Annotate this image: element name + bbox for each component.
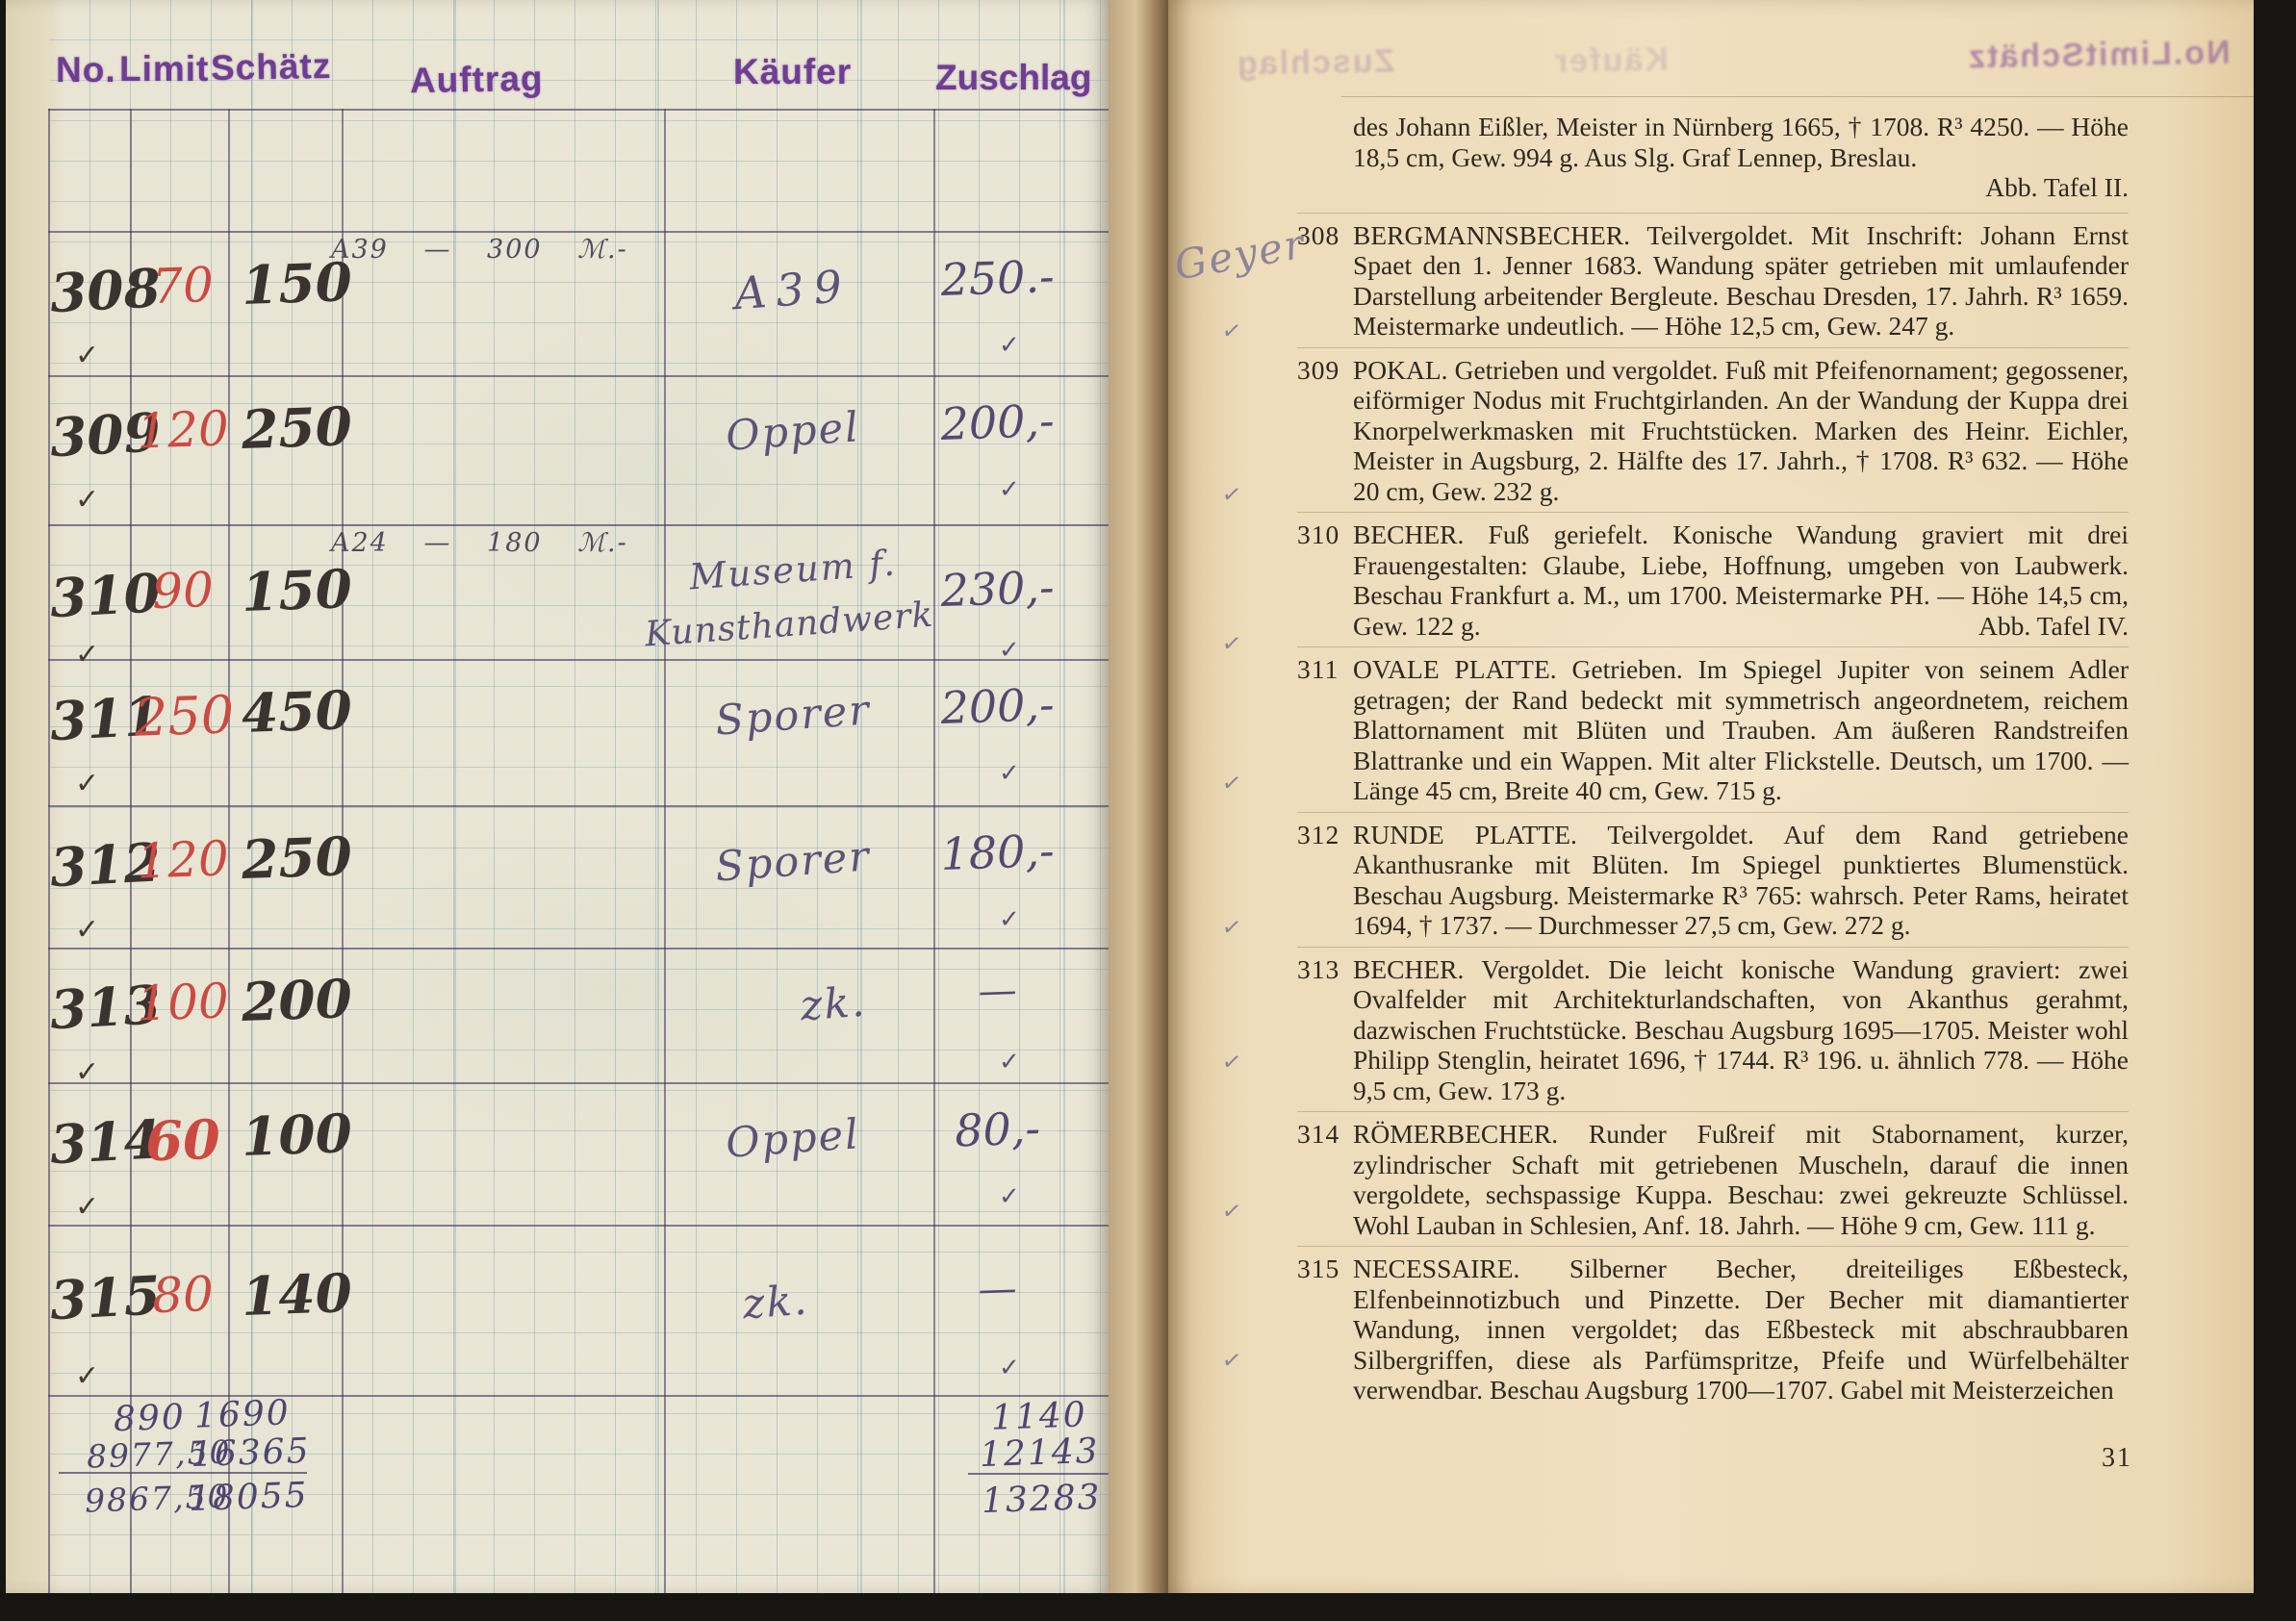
entry-number: 312 xyxy=(1297,820,1353,941)
totals-schaetz-2: 16365 xyxy=(190,1431,311,1475)
buyer-name: zk. xyxy=(735,974,931,1035)
catalog-entry: 310 BECHER. Fuß geriefelt. Konische Wand… xyxy=(1297,512,2129,641)
margin-note-buyer: Geyer xyxy=(1171,219,1310,289)
limit-value: 100 xyxy=(134,973,232,1031)
catalog-entry: 313 BECHER. Vergoldet. Die leicht konisc… xyxy=(1297,947,2129,1106)
ledger-row: 309 ✓ 120 250 Oppel 200,- ✓ xyxy=(6,375,1109,524)
margin-tick: ✓ xyxy=(1220,1048,1243,1078)
estimate-value: 150 xyxy=(236,250,358,317)
row-number: 314 xyxy=(48,1109,136,1177)
entry-number: 308 xyxy=(1297,220,1353,342)
hammer-price: 200,- xyxy=(927,393,1068,450)
check-mark: ✓ xyxy=(75,1190,99,1224)
totals-schaetz-3: 18055 xyxy=(188,1476,309,1519)
crease-line xyxy=(1341,96,2254,97)
hammer-price: 180,- xyxy=(927,823,1068,880)
buyer-name: Oppel xyxy=(655,1105,931,1173)
column-header-limit: Limit xyxy=(119,49,209,89)
entry-number: 315 xyxy=(1297,1254,1353,1406)
entry-number: 311 xyxy=(1297,654,1353,806)
totals-schaetz-1: 1690 xyxy=(193,1393,291,1435)
buyer-name: Museum f. xyxy=(655,540,931,600)
catalog-text-column: des Johann Eißler, Meister in Nürnberg 1… xyxy=(1297,112,2129,1406)
check-mark: ✓ xyxy=(75,767,99,800)
estimate-value: 250 xyxy=(236,394,358,461)
hammer-price: 250.- xyxy=(927,249,1068,306)
ghost-stamp: Käufer xyxy=(1553,41,1669,81)
buyer-name: Oppel xyxy=(655,398,931,466)
row-number: 313 xyxy=(48,975,136,1042)
check-mark: ✓ xyxy=(75,913,99,947)
limit-value: 120 xyxy=(134,400,232,459)
limit-value: 80 xyxy=(134,1265,232,1324)
entry-body: BECHER. Fuß geriefelt. Konische Wandung … xyxy=(1353,519,2129,641)
row-number: 312 xyxy=(48,832,136,899)
catalog-entry: 309 POKAL. Getrieben und vergoldet. Fuß … xyxy=(1297,347,2129,507)
totals-zuschlag-3: 13283 xyxy=(981,1478,1102,1521)
margin-tick: ✓ xyxy=(1220,480,1243,511)
margin-tick: ✓ xyxy=(1220,1197,1243,1228)
ledger-page: No. Limit Schätz Auftrag Käufer Zuschlag… xyxy=(6,0,1109,1593)
estimate-value: 200 xyxy=(236,967,358,1033)
check-mark: ✓ xyxy=(75,1359,99,1393)
totals-limit-1: 890 xyxy=(113,1398,186,1440)
ledger-row: A39 — 300 ℳ.- 308 ✓ 70 150 A39 250.- ✓ xyxy=(6,231,1109,375)
column-header-zuschlag: Zuschlag xyxy=(935,58,1091,98)
ledger-row: 313 ✓ 100 200 zk. — ✓ xyxy=(6,948,1109,1082)
ledger-row: 315 ✓ 80 140 zk. — ✓ xyxy=(6,1225,1109,1395)
estimate-value: 140 xyxy=(236,1261,358,1328)
column-header-auftrag: Auftrag xyxy=(410,59,544,101)
ledger-row: 314 ✓ 60 100 Oppel 80,- ✓ xyxy=(6,1082,1109,1225)
plate-reference: Abb. Tafel IV. xyxy=(1978,611,2129,642)
catalog-page: No.LimitSchätz Käufer Zuschlag Geyer ✓ ✓… xyxy=(1168,0,2254,1593)
check-mark: ✓ xyxy=(999,759,1020,788)
hammer-price: 200,- xyxy=(927,677,1068,734)
estimate-value: 150 xyxy=(236,557,358,623)
estimate-value: 450 xyxy=(236,678,358,745)
margin-tick: ✓ xyxy=(1220,1346,1243,1377)
catalog-entry: 311 OVALE PLATTE. Getrieben. Im Spiegel … xyxy=(1297,646,2129,806)
entry-text: BECHER. Vergoldet. Die leicht konische W… xyxy=(1353,954,2129,1106)
book-gutter xyxy=(1109,0,1168,1593)
estimate-value: 250 xyxy=(236,824,358,891)
row-number: 315 xyxy=(48,1265,136,1332)
totals-zuschlag-2: 12143 xyxy=(979,1431,1100,1475)
ledger-row: A24 — 180 ℳ.- 310 ✓ 90 150 Museum f. Kun… xyxy=(6,524,1109,659)
row-number: 310 xyxy=(48,563,136,630)
sum-underline xyxy=(968,1473,1109,1475)
entry-text: RÖMERBECHER. Runder Fußreif mit Staborna… xyxy=(1353,1119,2129,1240)
ledger-row: 312 ✓ 120 250 Sporer 180,- ✓ xyxy=(6,805,1109,948)
entry-text: RUNDE PLATTE. Teilvergoldet. Auf dem Ran… xyxy=(1353,820,2129,941)
row-number: 311 xyxy=(48,686,136,753)
column-header-kaeufer: Käufer xyxy=(733,52,852,92)
buyer-name: A39 xyxy=(654,254,931,325)
margin-tick: ✓ xyxy=(1220,769,1243,799)
entry-text: BERGMANNSBECHER. Teilvergoldet. Mit Insc… xyxy=(1353,220,2129,342)
catalog-entry: 312 RUNDE PLATTE. Teilvergoldet. Auf dem… xyxy=(1297,812,2129,941)
hammer-price: — xyxy=(927,966,1068,1015)
entry-number: 309 xyxy=(1297,355,1353,507)
limit-value: 120 xyxy=(134,830,232,889)
check-mark: ✓ xyxy=(999,905,1020,934)
buyer-name: zk. xyxy=(677,1272,873,1333)
entry-number: 314 xyxy=(1297,1119,1353,1240)
ghost-stamp: No.LimitSchätz xyxy=(1967,35,2231,77)
entry-text: des Johann Eißler, Meister in Nürnberg 1… xyxy=(1353,112,2129,172)
check-mark: ✓ xyxy=(75,339,99,372)
catalog-entry: 308 BERGMANNSBECHER. Teilvergoldet. Mit … xyxy=(1297,213,2129,342)
hammer-price: — xyxy=(927,1264,1068,1313)
margin-tick: ✓ xyxy=(1220,629,1243,660)
hammer-price: 80,- xyxy=(927,1101,1068,1157)
margin-tick: ✓ xyxy=(1220,913,1243,944)
check-mark: ✓ xyxy=(999,331,1020,360)
check-mark: ✓ xyxy=(75,483,99,517)
entry-text: OVALE PLATTE. Getrieben. Im Spiegel Jupi… xyxy=(1353,654,2129,806)
order-annotation: A24 — 180 ℳ.- xyxy=(331,528,628,558)
row-number: 308 xyxy=(48,258,136,325)
column-header-schaetz: Schätz xyxy=(211,46,332,89)
estimate-value: 100 xyxy=(236,1102,358,1168)
entry-text: NECESSAIRE. Silberner Becher, dreiteilig… xyxy=(1353,1254,2129,1406)
buyer-name: Sporer xyxy=(655,682,931,749)
limit-value: 250 xyxy=(134,684,232,747)
buyer-name: Sporer xyxy=(655,828,931,896)
catalog-entry-continuation: des Johann Eißler, Meister in Nürnberg 1… xyxy=(1353,112,2129,207)
entry-number: 313 xyxy=(1297,954,1353,1106)
buyer-name-line2: Kunsthandwerk xyxy=(644,595,934,655)
ghost-stamp: Zuschlag xyxy=(1236,43,1395,84)
page-number: 31 xyxy=(2102,1443,2132,1474)
check-mark: ✓ xyxy=(999,1182,1020,1211)
plate-reference: Abb. Tafel II. xyxy=(1353,172,2129,203)
limit-value: 60 xyxy=(134,1107,232,1174)
book-photo: No. Limit Schätz Auftrag Käufer Zuschlag… xyxy=(0,0,2296,1621)
sum-underline xyxy=(59,1472,307,1474)
row-divider xyxy=(48,109,1109,111)
order-annotation: A39 — 300 ℳ.- xyxy=(331,235,628,265)
limit-value: 90 xyxy=(134,561,232,620)
entry-text: POKAL. Getrieben und vergoldet. Fuß mit … xyxy=(1353,355,2129,507)
entry-number: 310 xyxy=(1297,519,1353,641)
catalog-entry: 315 NECESSAIRE. Silberner Becher, dreite… xyxy=(1297,1246,2129,1406)
check-mark: ✓ xyxy=(999,1354,1020,1382)
limit-value: 70 xyxy=(134,256,232,315)
check-mark: ✓ xyxy=(999,475,1020,504)
hammer-price: 230,- xyxy=(927,560,1068,617)
check-mark: ✓ xyxy=(999,1048,1020,1076)
margin-tick: ✓ xyxy=(1220,317,1243,347)
catalog-entry: 314 RÖMERBECHER. Runder Fußreif mit Stab… xyxy=(1297,1111,2129,1240)
column-header-no: No. xyxy=(56,50,116,90)
row-number: 309 xyxy=(48,402,136,469)
ledger-row: 311 ✓ 250 450 Sporer 200,- ✓ xyxy=(6,659,1109,805)
